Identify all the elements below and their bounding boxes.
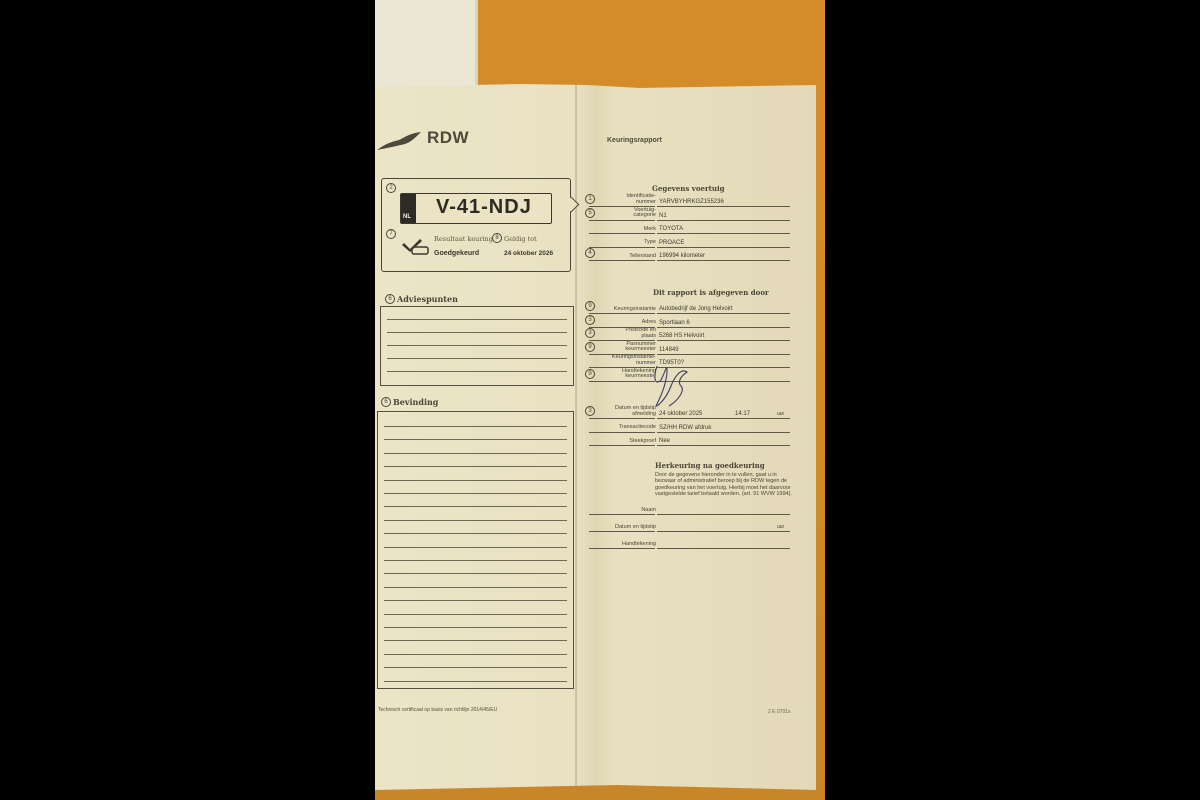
field-value: 5268 HS Helvoirt xyxy=(659,333,704,339)
time-unit: uur xyxy=(777,524,784,530)
marker: 1 xyxy=(585,194,595,204)
inspector-signature xyxy=(647,356,695,410)
field-label: Pasnummerkeurmeester xyxy=(625,342,656,353)
marker: 4 xyxy=(585,248,595,258)
field-label: Naam xyxy=(641,508,656,514)
field-row: 4Tellerstand196994 kilometer xyxy=(585,246,790,260)
marker: 6 xyxy=(381,397,391,407)
marker: 7 xyxy=(386,229,396,239)
time-unit: uur xyxy=(777,411,784,417)
field-label: Datum en tijdstip xyxy=(615,525,656,531)
field-row: Naam xyxy=(585,500,790,514)
field-row: SteekproefNee xyxy=(585,431,790,445)
writing-line xyxy=(384,453,567,454)
field-label: Handtekening xyxy=(622,542,656,548)
writing-line xyxy=(384,439,567,440)
advice-box[interactable] xyxy=(380,306,574,386)
field-row: 3Postcode enplaats5268 HS Helvoirt xyxy=(585,326,790,340)
marker: 8 xyxy=(492,233,502,243)
marker: 5 xyxy=(585,208,595,218)
writing-line xyxy=(387,332,567,333)
field-row: Datum en tijdstipuur xyxy=(585,517,790,531)
time-value: 14:17 xyxy=(735,411,750,417)
field-label: Keuringsinstantie xyxy=(614,307,656,313)
field-row: Handtekening xyxy=(585,534,790,548)
field-label: Identificatie-nummer xyxy=(626,194,656,205)
paper-fold xyxy=(575,84,577,790)
writing-line xyxy=(384,493,567,494)
writing-line xyxy=(384,533,567,534)
writing-line xyxy=(387,358,567,359)
marker: 6 xyxy=(385,294,395,304)
writing-line xyxy=(384,466,567,467)
field-value: SZ/HH RDW afdruk xyxy=(659,425,711,431)
report-title: Keuringsrapport xyxy=(607,137,662,144)
field-value: YARVBYHRKGZ155236 xyxy=(659,199,724,205)
field-label: Steekproef xyxy=(629,439,656,445)
marker: 3 xyxy=(585,315,595,325)
advice-title: Adviespunten xyxy=(397,294,458,304)
field-row: 9Pasnummerkeurmeester114849 xyxy=(585,340,790,354)
photo-frame: RDW 2 NL V-41-NDJ 7 Resultaat keuring Go… xyxy=(375,0,825,800)
valid-until-label: Geldig tot xyxy=(504,235,537,243)
field-value: 114849 xyxy=(659,347,679,353)
writing-line xyxy=(384,600,567,601)
field-value: Sportlaan 6 xyxy=(659,320,690,326)
field-row: TransactiecodeSZ/HH RDW afdruk xyxy=(585,418,790,432)
writing-line xyxy=(387,345,567,346)
field-row: 5Voertuig-categorieN1 xyxy=(585,206,790,220)
field-value: Nee xyxy=(659,438,670,444)
writing-line xyxy=(384,547,567,548)
writing-line xyxy=(384,560,567,561)
field-value: N1 xyxy=(659,213,667,219)
writing-line xyxy=(387,319,567,320)
writing-line xyxy=(384,667,567,668)
marker: 3 xyxy=(585,406,595,416)
writing-line xyxy=(384,573,567,574)
result-value: Goedgekeurd xyxy=(434,250,479,257)
findings-title: Bevinding xyxy=(393,397,438,407)
inspection-report-document: RDW 2 NL V-41-NDJ 7 Resultaat keuring Go… xyxy=(375,84,816,790)
field-value: Autobedrijf de Jong Helvoirt xyxy=(659,306,733,312)
license-plate: NL V-41-NDJ xyxy=(400,193,552,224)
writing-line xyxy=(384,587,567,588)
field-label: Merk xyxy=(644,227,656,233)
marker: 9 xyxy=(585,301,595,311)
issuer-section-title: Dit rapport is afgegeven door xyxy=(653,288,769,297)
writing-line xyxy=(384,640,567,641)
form-code: 2 E 0701s xyxy=(768,709,791,715)
valid-until-value: 24 oktober 2026 xyxy=(504,250,553,257)
reinspection-title: Herkeuring na goedkeuring xyxy=(655,461,765,470)
field-label: Postcode enplaats xyxy=(625,328,656,339)
field-value: TOYOTA xyxy=(659,226,683,232)
writing-line xyxy=(384,520,567,521)
field-label: Transactiecode xyxy=(619,425,656,431)
field-label: Datum en tijdstipafmelding xyxy=(615,406,656,417)
writing-line xyxy=(384,627,567,628)
approved-car-icon xyxy=(402,237,430,257)
writing-line xyxy=(384,480,567,481)
plate-card: 2 NL V-41-NDJ 7 Resultaat keuring Goedge… xyxy=(381,178,571,272)
background-paper xyxy=(375,0,478,90)
eu-band: NL xyxy=(401,194,416,223)
writing-line xyxy=(384,654,567,655)
marker: 9 xyxy=(585,342,595,352)
rdw-logo-icon xyxy=(377,130,421,152)
field-value: 24 oktober 2025 xyxy=(659,411,702,417)
marker: 2 xyxy=(386,183,396,193)
rdw-logo-text: RDW xyxy=(427,128,469,148)
reinspection-text: Door de gegevens hieronder in te vullen,… xyxy=(655,472,795,497)
result-label: Resultaat keuring xyxy=(434,235,493,243)
writing-line xyxy=(387,371,567,372)
field-row: 1Identificatie-nummerYARVBYHRKGZ155236 xyxy=(585,192,790,206)
field-row: MerkTOYOTA xyxy=(585,219,790,233)
footer-legal-text: Technisch certificaat op basis van richt… xyxy=(378,707,497,713)
findings-box[interactable] xyxy=(377,411,574,689)
writing-line xyxy=(384,614,567,615)
writing-line xyxy=(384,681,567,682)
field-label: Voertuig-categorie xyxy=(633,208,656,219)
field-value: 196994 kilometer xyxy=(659,253,705,259)
field-row: 9KeuringsinstantieAutobedrijf de Jong He… xyxy=(585,299,790,313)
writing-line xyxy=(384,506,567,507)
registration-number: V-41-NDJ xyxy=(436,196,532,219)
field-row: TypePROACE xyxy=(585,233,790,247)
marker: 9 xyxy=(585,369,595,379)
field-value: PROACE xyxy=(659,240,684,246)
writing-line xyxy=(384,426,567,427)
field-row: 3Datum en tijdstipafmelding24 oktober 20… xyxy=(585,404,790,418)
field-label: Tellerstand xyxy=(629,254,656,260)
marker: 3 xyxy=(585,328,595,338)
field-label: Adres xyxy=(642,320,656,326)
field-row: 3AdresSportlaan 6 xyxy=(585,313,790,327)
field-label: Type xyxy=(644,240,656,246)
